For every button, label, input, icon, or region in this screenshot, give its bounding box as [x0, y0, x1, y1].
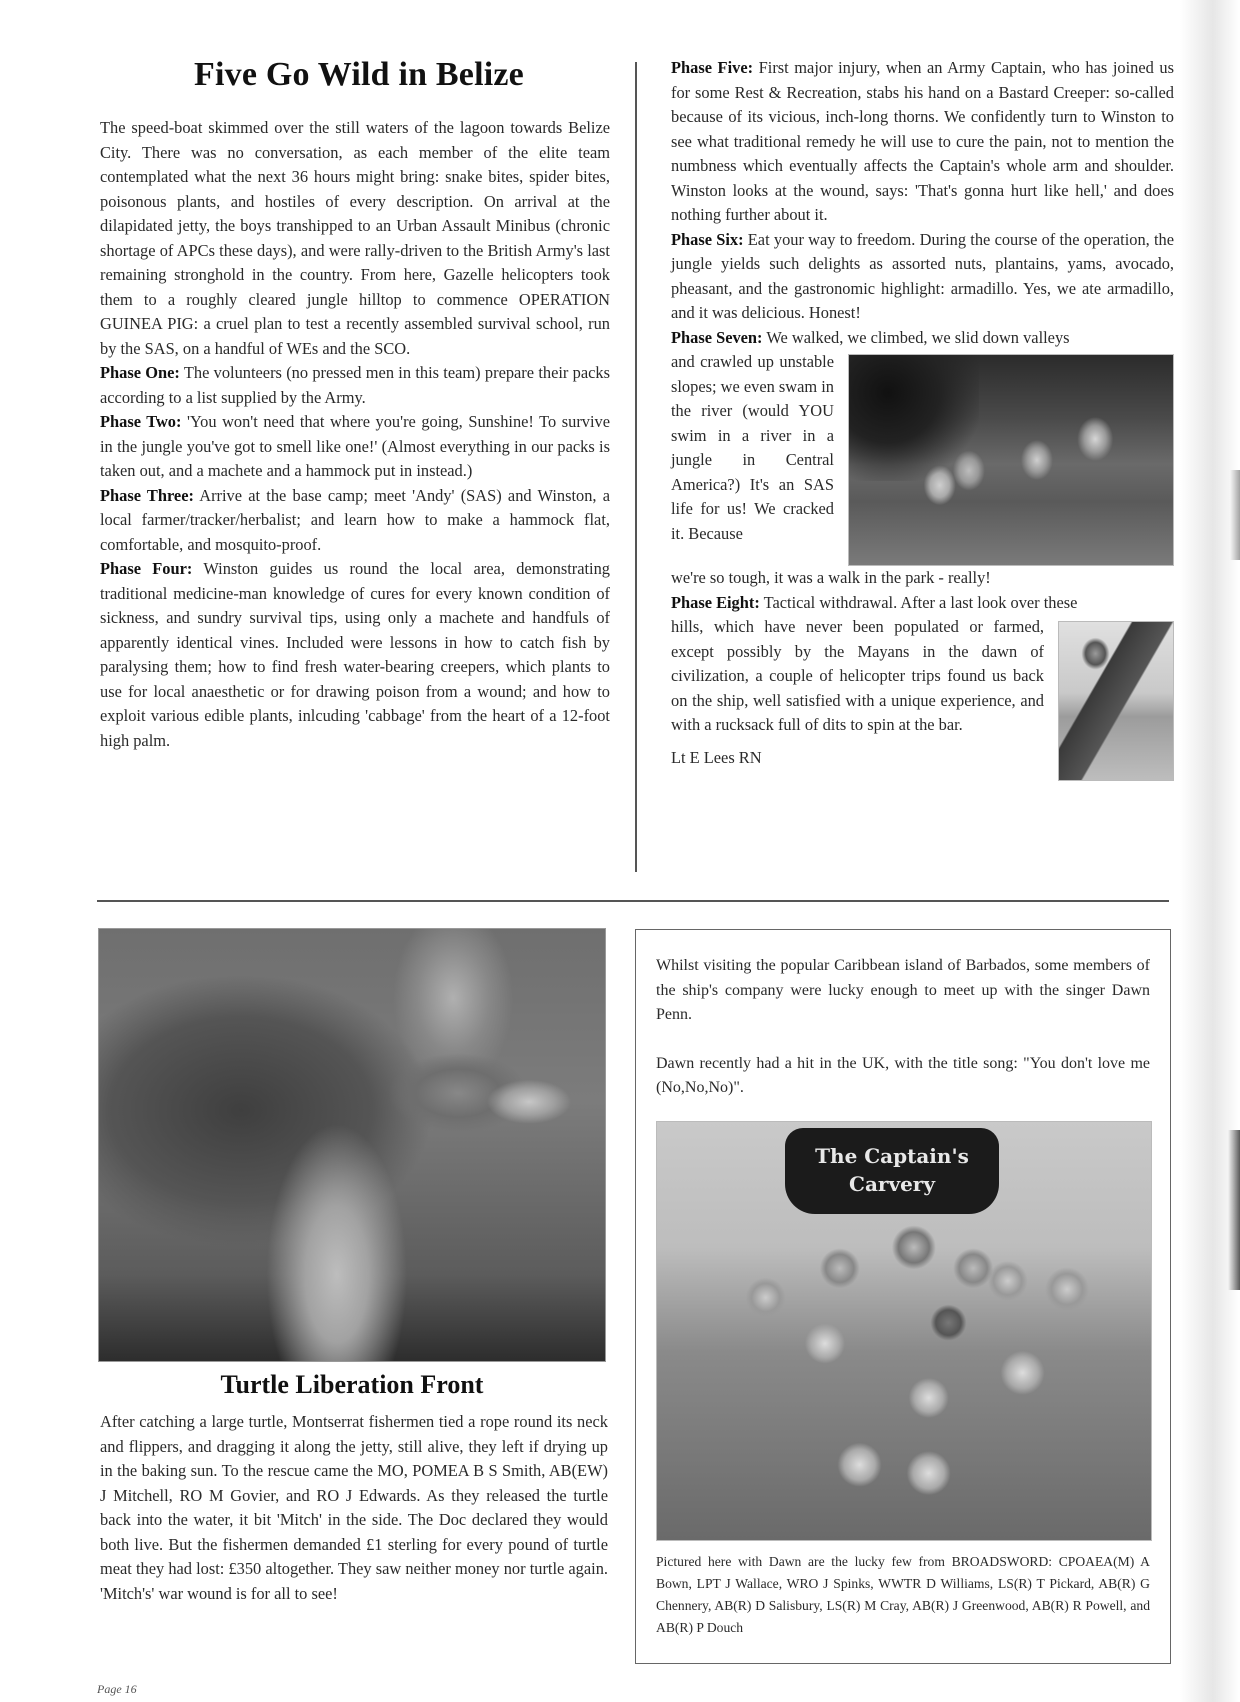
- belize-article-left-column: Five Go Wild in Belize The speed-boat sk…: [100, 56, 610, 753]
- phase-label: Phase Seven:: [671, 328, 763, 347]
- article-title: Five Go Wild in Belize: [108, 56, 610, 94]
- article-author: Lt E Lees RN: [671, 748, 1044, 768]
- phase-eight-with-photo: hills, which have never been populated o…: [671, 615, 1174, 781]
- dawn-paragraph-2: Dawn recently had a hit in the UK, with …: [656, 1052, 1150, 1101]
- phase-one: Phase One: The volunteers (no pressed me…: [100, 361, 610, 410]
- phase-seven-end: we're so tough, it was a walk in the par…: [671, 566, 1174, 591]
- phase-seven-continued: and crawled up unstable slopes; we even …: [671, 350, 834, 566]
- turtle-photo: [98, 928, 606, 1362]
- phase-text: Tactical withdrawal. After a last look o…: [764, 593, 1078, 612]
- river-swimming-photo: [848, 354, 1174, 566]
- dawn-penn-story-box: Whilst visiting the popular Caribbean is…: [635, 929, 1171, 1664]
- phase-six: Phase Six: Eat your way to freedom. Duri…: [671, 228, 1174, 326]
- phase-eight-continued: hills, which have never been populated o…: [671, 615, 1044, 738]
- phase-label: Phase One:: [100, 363, 180, 382]
- phase-label: Phase Six:: [671, 230, 744, 249]
- phase-five: Phase Five: First major injury, when an …: [671, 56, 1174, 228]
- section-divider: [97, 900, 1169, 902]
- column-divider: [635, 62, 637, 872]
- phase-seven-with-photo: and crawled up unstable slopes; we even …: [671, 350, 1174, 566]
- phase-two: Phase Two: 'You won't need that where yo…: [100, 410, 610, 484]
- photo-caption: Pictured here with Dawn are the lucky fe…: [656, 1551, 1150, 1639]
- phase-label: Phase Five:: [671, 58, 753, 77]
- phase-three: Phase Three: Arrive at the base camp; me…: [100, 484, 610, 558]
- page-gutter-shadow: [1180, 0, 1240, 1702]
- phase-seven: Phase Seven: We walked, we climbed, we s…: [671, 326, 1174, 351]
- captains-carvery-sign: The Captain's Carvery: [785, 1128, 999, 1214]
- turtle-article-body: After catching a large turtle, Montserra…: [100, 1410, 608, 1606]
- sign-line-1: The Captain's: [785, 1142, 999, 1170]
- phase-label: Phase Eight:: [671, 593, 760, 612]
- belize-article-right-column: Phase Five: First major injury, when an …: [671, 56, 1174, 781]
- turtle-article-title: Turtle Liberation Front: [98, 1370, 606, 1400]
- phase-text: First major injury, when an Army Captain…: [671, 58, 1174, 224]
- sign-line-2: Carvery: [785, 1170, 999, 1198]
- phase-label: Phase Two:: [100, 412, 181, 431]
- phase-eight: Phase Eight: Tactical withdrawal. After …: [671, 591, 1174, 616]
- armour-figure-photo: [1058, 621, 1174, 781]
- phase-label: Phase Three:: [100, 486, 194, 505]
- phase-text: Winston guides us round the local area, …: [100, 559, 610, 750]
- dawn-paragraph-1: Whilst visiting the popular Caribbean is…: [656, 954, 1150, 1028]
- phase-text: We walked, we climbed, we slid down vall…: [766, 328, 1069, 347]
- group-photo-captains-carvery: The Captain's Carvery: [656, 1121, 1152, 1541]
- article-intro: The speed-boat skimmed over the still wa…: [100, 116, 610, 361]
- phase-four: Phase Four: Winston guides us round the …: [100, 557, 610, 753]
- phase-label: Phase Four:: [100, 559, 192, 578]
- page-number: Page 16: [97, 1682, 137, 1697]
- phase-text: Eat your way to freedom. During the cour…: [671, 230, 1174, 323]
